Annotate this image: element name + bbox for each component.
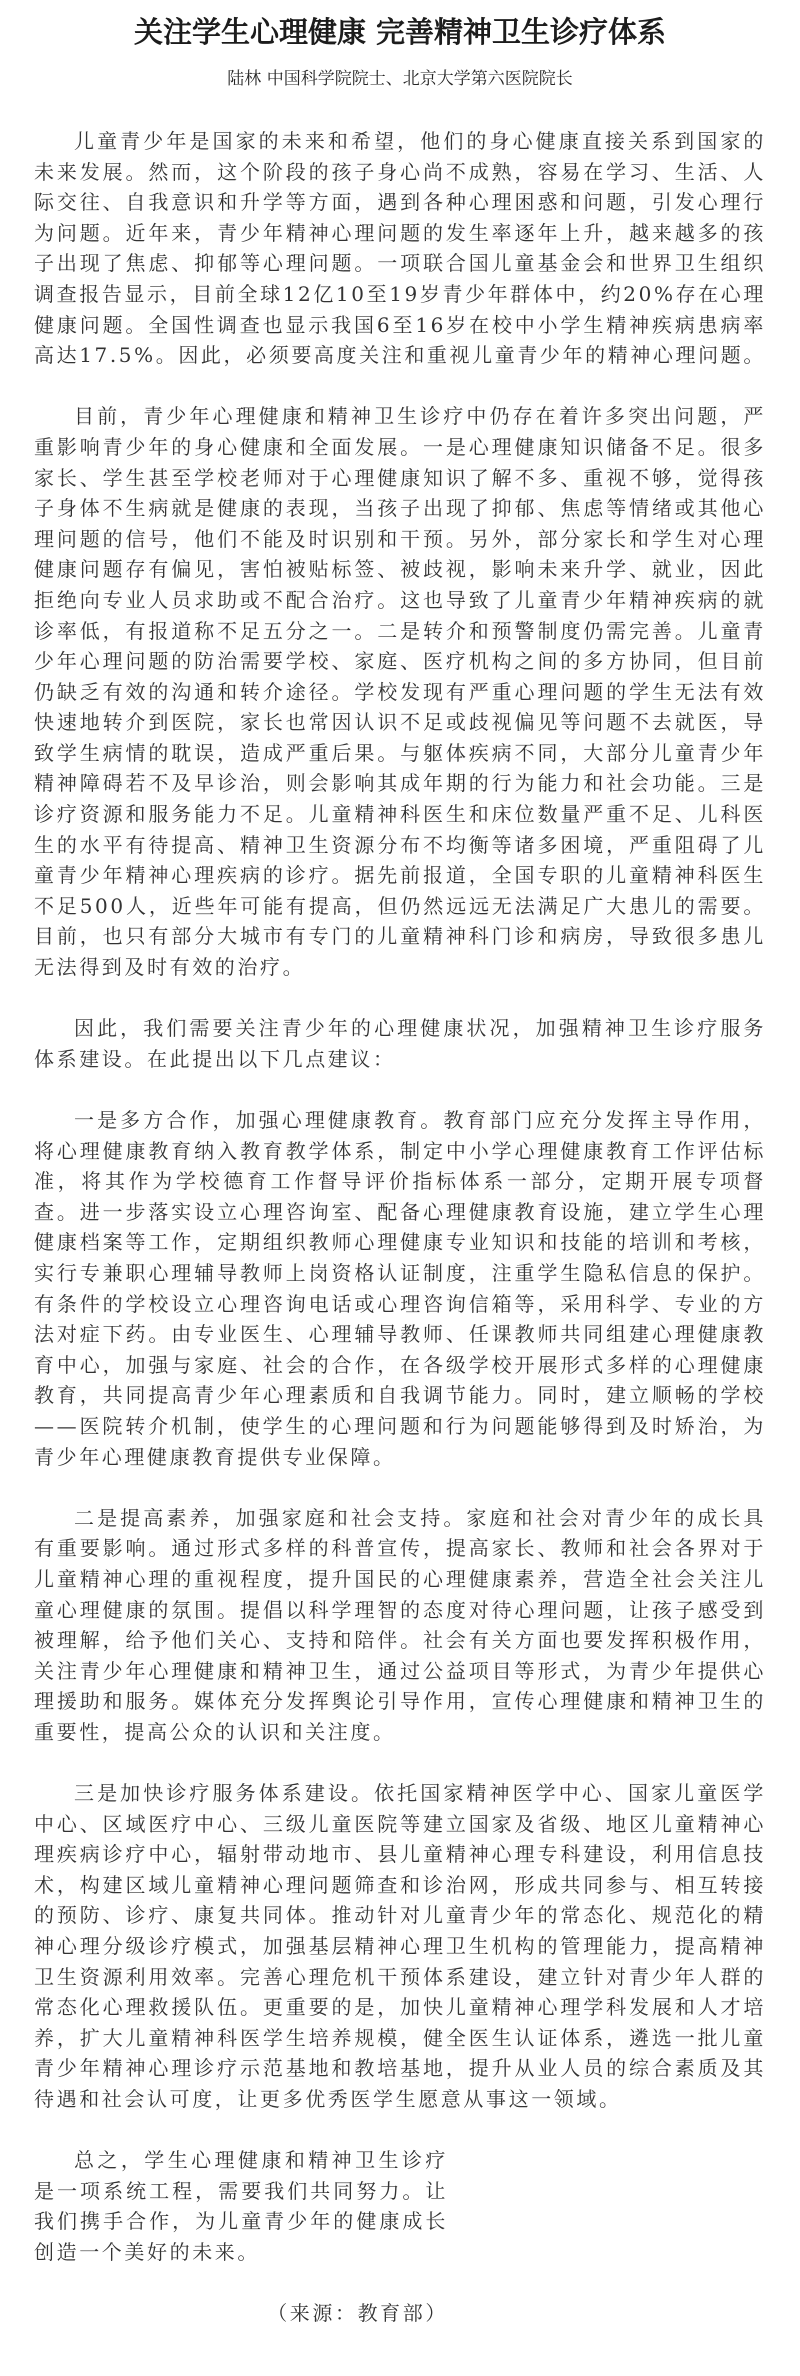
paragraph-suggestion-3: 三是加快诊疗服务体系建设。依托国家精神医学中心、国家儿童医学中心、区域医疗中心、… (34, 1778, 766, 2115)
paragraph-suggestion-2: 二是提高素养，加强家庭和社会支持。家庭和社会对青少年的成长具有重要影响。通过形式… (34, 1503, 766, 1748)
author-byline: 陆林 中国科学院院士、北京大学第六医院院长 (0, 66, 800, 92)
paragraph-conclusion: 总之，学生心理健康和精神卫生诊疗是一项系统工程，需要我们共同努力。让我们携手合作… (34, 2145, 448, 2267)
paragraph-proposal-intro: 因此，我们需要关注青少年的心理健康状况，加强精神卫生诊疗服务体系建设。在此提出以… (34, 1013, 766, 1074)
source-attribution: （来源：教育部） (34, 2298, 448, 2329)
paragraph-intro: 儿童青少年是国家的未来和希望，他们的身心健康直接关系到国家的未来发展。然而，这个… (34, 126, 766, 371)
paragraph-suggestion-1: 一是多方合作，加强心理健康教育。教育部门应充分发挥主导作用，将心理健康教育纳入教… (34, 1105, 766, 1472)
article-body: 儿童青少年是国家的未来和希望，他们的身心健康直接关系到国家的未来发展。然而，这个… (34, 126, 766, 2329)
paragraph-problems: 目前，青少年心理健康和精神卫生诊疗中仍存在着许多突出问题，严重影响青少年的身心健… (34, 401, 766, 982)
article-title: 关注学生心理健康 完善精神卫生诊疗体系 (0, 14, 800, 50)
